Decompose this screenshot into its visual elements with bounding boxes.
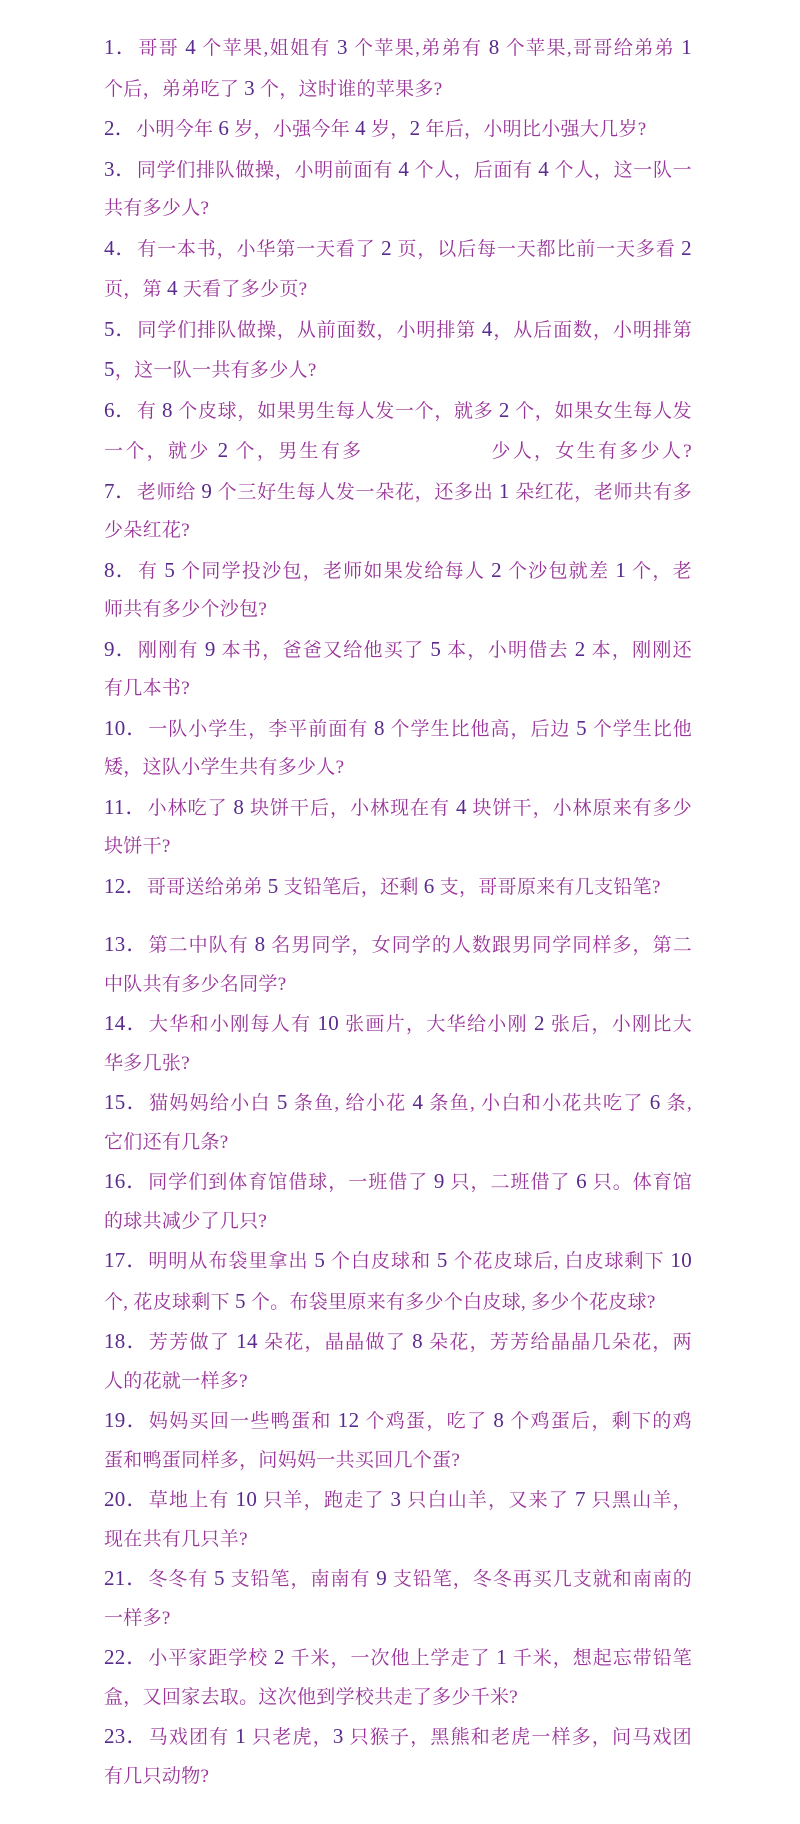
number-literal: 14 [236, 1329, 258, 1353]
number-literal: 9 [205, 637, 216, 661]
problem-number-marker: 6． [104, 398, 137, 422]
number-literal: 4 [398, 157, 409, 181]
number-literal: 8 [493, 1408, 504, 1432]
problem-22-line-2: 盒，又回家去取。这次他到学校共走了多少千米? [104, 1679, 692, 1718]
number-literal: 2 [491, 558, 502, 582]
problem-number-marker: 22． [104, 1645, 148, 1669]
number-literal: 8 [162, 398, 173, 422]
problems-list: 1．哥哥 4 个苹果,姐姐有 3 个苹果,弟弟有 8 个苹果,哥哥给弟弟 1个后… [104, 28, 692, 1796]
problem-2-line-1: 2．小明今年 6 岁，小强今年 4 岁，2 年后，小明比小强大几岁? [104, 109, 692, 150]
problem-17: 17．明明从布袋里拿出 5 个白皮球和 5 个花皮球后, 白皮球剩下 10个, … [104, 1241, 692, 1322]
number-literal: 5 [214, 1566, 225, 1590]
problem-13-line-2: 中队共有多少名同学? [104, 966, 692, 1005]
number-literal: 10 [317, 1011, 339, 1035]
problem-number-marker: 4． [104, 236, 137, 260]
number-literal: 4 [538, 157, 549, 181]
problem-number-marker: 12． [104, 874, 147, 898]
problem-23-line-1: 23．马戏团有 1 只老虎，3 只猴子，黑熊和老虎一样多，问马戏团 [104, 1717, 692, 1758]
number-literal: 7 [575, 1487, 586, 1511]
problem-number-marker: 15． [104, 1090, 149, 1114]
number-literal: 6 [424, 874, 435, 898]
problem-19: 19．妈妈买回一些鸭蛋和 12 个鸡蛋，吃了 8 个鸡蛋后，剩下的鸡蛋和鸭蛋同样… [104, 1401, 692, 1480]
problem-11-line-1: 11．小林吃了 8 块饼干后，小林现在有 4 块饼干，小林原来有多少 [104, 788, 692, 829]
number-literal: 9 [434, 1169, 445, 1193]
number-literal: 5 [235, 1289, 246, 1313]
problem-5-line-2: 5，这一队一共有多少人? [104, 350, 692, 391]
number-literal: 5 [164, 558, 175, 582]
number-literal: 2 [499, 398, 510, 422]
worksheet-page: 1．哥哥 4 个苹果,姐姐有 3 个苹果,弟弟有 8 个苹果,哥哥给弟弟 1个后… [104, 0, 692, 1796]
problem-5-line-1: 5．同学们排队做操，从前面数，小明排第 4，从后面数，小明排第 [104, 310, 692, 351]
number-literal: 3 [244, 76, 255, 100]
number-literal: 8 [374, 716, 385, 740]
problem-10-line-2: 矮，这队小学生共有多少人? [104, 749, 692, 788]
problem-number-marker: 11． [104, 795, 148, 819]
number-literal: 8 [489, 35, 500, 59]
problem-22-line-1: 22．小平家距学校 2 千米，一次他上学走了 1 千米，想起忘带铅笔 [104, 1638, 692, 1679]
problem-12: 12．哥哥送给弟弟 5 支铅笔后，还剩 6 支，哥哥原来有几支铅笔? [104, 867, 692, 908]
problem-11: 11．小林吃了 8 块饼干后，小林现在有 4 块饼干，小林原来有多少块饼干? [104, 788, 692, 867]
problem-number-marker: 20． [104, 1487, 149, 1511]
number-literal: 6 [650, 1090, 661, 1114]
number-literal: 1 [615, 558, 626, 582]
problem-5: 5．同学们排队做操，从前面数，小明排第 4，从后面数，小明排第5，这一队一共有多… [104, 310, 692, 391]
number-literal: 9 [376, 1566, 387, 1590]
problem-1: 1．哥哥 4 个苹果,姐姐有 3 个苹果,弟弟有 8 个苹果,哥哥给弟弟 1个后… [104, 28, 692, 109]
problem-number-marker: 1． [104, 35, 138, 59]
number-literal: 4 [185, 35, 196, 59]
number-literal: 2 [681, 236, 692, 260]
problem-number-marker: 7． [104, 479, 137, 503]
problem-13: 13．第二中队有 8 名男同学，女同学的人数跟男同学同样多，第二中队共有多少名同… [104, 925, 692, 1004]
problem-20-line-1: 20．草地上有 10 只羊，跑走了 3 只白山羊，又来了 7 只黑山羊， [104, 1480, 692, 1521]
problem-10: 10．一队小学生，李平前面有 8 个学生比他高，后边 5 个学生比他矮，这队小学… [104, 709, 692, 788]
problem-7-line-1: 7．老师给 9 个三好生每人发一朵花，还多出 1 朵红花，老师共有多 [104, 472, 692, 513]
problem-8-line-2: 师共有多少个沙包? [104, 591, 692, 630]
number-literal: 3 [390, 1487, 401, 1511]
number-literal: 4 [413, 1090, 424, 1114]
problem-13-line-1: 13．第二中队有 8 名男同学，女同学的人数跟男同学同样多，第二 [104, 925, 692, 966]
number-literal: 3 [337, 35, 348, 59]
problem-18-line-1: 18．芳芳做了 14 朵花，晶晶做了 8 朵花，芳芳给晶晶几朵花，两 [104, 1322, 692, 1363]
problem-9-line-2: 有几本书? [104, 670, 692, 709]
number-literal: 4 [456, 795, 467, 819]
problem-15-line-2: 它们还有几条? [104, 1124, 692, 1163]
problem-1-line-1: 1．哥哥 4 个苹果,姐姐有 3 个苹果,弟弟有 8 个苹果,哥哥给弟弟 1 [104, 28, 692, 69]
problem-8: 8．有 5 个同学投沙包，老师如果发给每人 2 个沙包就差 1 个，老师共有多少… [104, 551, 692, 630]
problem-3-line-2: 共有多少人? [104, 190, 692, 229]
number-literal: 1 [496, 1645, 507, 1669]
problem-number-marker: 13． [104, 932, 148, 956]
problem-14: 14．大华和小刚每人有 10 张画片，大华给小刚 2 张后，小刚比大华多几张? [104, 1004, 692, 1083]
problem-number-marker: 21． [104, 1566, 148, 1590]
number-literal: 2 [575, 637, 586, 661]
number-literal: 8 [255, 932, 266, 956]
problem-7-line-2: 少朵红花? [104, 512, 692, 551]
problem-17-line-2: 个, 花皮球剩下 5 个。布袋里原来有多少个白皮球, 多少个花皮球? [104, 1282, 692, 1323]
problem-4-line-1: 4．有一本书，小华第一天看了 2 页，以后每一天都比前一天多看 2 [104, 229, 692, 270]
number-literal: 5 [576, 716, 587, 740]
problem-17-line-1: 17．明明从布袋里拿出 5 个白皮球和 5 个花皮球后, 白皮球剩下 10 [104, 1241, 692, 1282]
problem-6-line-1: 6．有 8 个皮球，如果男生每人发一个，就多 2 个，如果女生每人发 [104, 391, 692, 432]
problem-10-line-1: 10．一队小学生，李平前面有 8 个学生比他高，后边 5 个学生比他 [104, 709, 692, 750]
problem-18: 18．芳芳做了 14 朵花，晶晶做了 8 朵花，芳芳给晶晶几朵花，两人的花就一样… [104, 1322, 692, 1401]
problem-11-line-2: 块饼干? [104, 828, 692, 867]
number-literal: 8 [412, 1329, 423, 1353]
number-literal: 4 [167, 276, 178, 300]
problem-21: 21．冬冬有 5 支铅笔，南南有 9 支铅笔，冬冬再买几支就和南南的一样多? [104, 1559, 692, 1638]
number-literal: 6 [576, 1169, 587, 1193]
problem-4: 4．有一本书，小华第一天看了 2 页，以后每一天都比前一天多看 2页，第 4 天… [104, 229, 692, 310]
problem-23: 23．马戏团有 1 只老虎，3 只猴子，黑熊和老虎一样多，问马戏团有几只动物? [104, 1717, 692, 1796]
problem-6-line-2: 一个，就少 2 个，男生有多 少人，女生有多少人? [104, 431, 692, 472]
number-literal: 1 [499, 479, 510, 503]
problem-15: 15．猫妈妈给小白 5 条鱼, 给小花 4 条鱼, 小白和小花共吃了 6 条,它… [104, 1083, 692, 1162]
problem-1-line-2: 个后，弟弟吃了 3 个，这时谁的苹果多? [104, 69, 692, 110]
problem-2: 2．小明今年 6 岁，小强今年 4 岁，2 年后，小明比小强大几岁? [104, 109, 692, 150]
number-literal: 2 [534, 1011, 545, 1035]
problem-8-line-1: 8．有 5 个同学投沙包，老师如果发给每人 2 个沙包就差 1 个，老 [104, 551, 692, 592]
number-literal: 8 [233, 795, 244, 819]
number-literal: 9 [201, 479, 212, 503]
problem-20-line-2: 现在共有几只羊? [104, 1521, 692, 1560]
problem-21-line-2: 一样多? [104, 1600, 692, 1639]
problem-23-line-2: 有几只动物? [104, 1758, 692, 1797]
number-literal: 5 [104, 357, 115, 381]
problem-15-line-1: 15．猫妈妈给小白 5 条鱼, 给小花 4 条鱼, 小白和小花共吃了 6 条, [104, 1083, 692, 1124]
number-literal: 2 [410, 116, 421, 140]
number-literal: 5 [430, 637, 441, 661]
problem-number-marker: 8． [104, 558, 138, 582]
problem-18-line-2: 人的花就一样多? [104, 1363, 692, 1402]
problem-number-marker: 17． [104, 1248, 148, 1272]
problem-22: 22．小平家距学校 2 千米，一次他上学走了 1 千米，想起忘带铅笔盒，又回家去… [104, 1638, 692, 1717]
number-literal: 10 [670, 1248, 692, 1272]
problem-number-marker: 18． [104, 1329, 149, 1353]
number-literal: 12 [338, 1408, 360, 1432]
problem-20: 20．草地上有 10 只羊，跑走了 3 只白山羊，又来了 7 只黑山羊，现在共有… [104, 1480, 692, 1559]
problem-7: 7．老师给 9 个三好生每人发一朵花，还多出 1 朵红花，老师共有多少朵红花? [104, 472, 692, 551]
number-literal: 4 [482, 317, 493, 341]
number-literal: 5 [437, 1248, 448, 1272]
problem-number-marker: 19． [104, 1408, 149, 1432]
number-literal: 3 [333, 1724, 344, 1748]
problem-number-marker: 3． [104, 157, 137, 181]
number-literal: 6 [218, 116, 229, 140]
problem-19-line-2: 蛋和鸭蛋同样多，问妈妈一共买回几个蛋? [104, 1442, 692, 1481]
number-literal: 5 [314, 1248, 325, 1272]
problem-9: 9．刚刚有 9 本书，爸爸又给他买了 5 本，小明借去 2 本，刚刚还有几本书? [104, 630, 692, 709]
problem-14-line-2: 华多几张? [104, 1045, 692, 1084]
number-literal: 2 [218, 438, 229, 462]
problem-number-marker: 14． [104, 1011, 149, 1035]
number-literal: 10 [236, 1487, 258, 1511]
number-literal: 1 [681, 35, 692, 59]
problem-16: 16．同学们到体育馆借球，一班借了 9 只，二班借了 6 只。体育馆的球共减少了… [104, 1162, 692, 1241]
problem-number-marker: 23． [104, 1724, 149, 1748]
problem-12-line-1: 12．哥哥送给弟弟 5 支铅笔后，还剩 6 支，哥哥原来有几支铅笔? [104, 867, 692, 908]
number-literal: 5 [277, 1090, 288, 1114]
problem-14-line-1: 14．大华和小刚每人有 10 张画片，大华给小刚 2 张后，小刚比大 [104, 1004, 692, 1045]
problem-number-marker: 5． [104, 317, 137, 341]
problem-3: 3．同学们排队做操，小明前面有 4 个人，后面有 4 个人，这一队一共有多少人? [104, 150, 692, 229]
problem-number-marker: 2． [104, 116, 136, 140]
problem-6: 6．有 8 个皮球，如果男生每人发一个，就多 2 个，如果女生每人发一个，就少 … [104, 391, 692, 472]
problem-19-line-1: 19．妈妈买回一些鸭蛋和 12 个鸡蛋，吃了 8 个鸡蛋后，剩下的鸡 [104, 1401, 692, 1442]
number-literal: 4 [355, 116, 366, 140]
number-literal: 2 [381, 236, 392, 260]
problem-16-line-1: 16．同学们到体育馆借球，一班借了 9 只，二班借了 6 只。体育馆 [104, 1162, 692, 1203]
number-literal: 1 [235, 1724, 246, 1748]
problem-4-line-2: 页，第 4 天看了多少页? [104, 269, 692, 310]
problem-9-line-1: 9．刚刚有 9 本书，爸爸又给他买了 5 本，小明借去 2 本，刚刚还 [104, 630, 692, 671]
problem-number-marker: 10． [104, 716, 148, 740]
number-literal: 2 [274, 1645, 285, 1669]
problem-21-line-1: 21．冬冬有 5 支铅笔，南南有 9 支铅笔，冬冬再买几支就和南南的 [104, 1559, 692, 1600]
problem-number-marker: 9． [104, 637, 138, 661]
problem-number-marker: 16． [104, 1169, 148, 1193]
problem-3-line-1: 3．同学们排队做操，小明前面有 4 个人，后面有 4 个人，这一队一 [104, 150, 692, 191]
problem-16-line-2: 的球共减少了几只? [104, 1203, 692, 1242]
number-literal: 5 [268, 874, 279, 898]
